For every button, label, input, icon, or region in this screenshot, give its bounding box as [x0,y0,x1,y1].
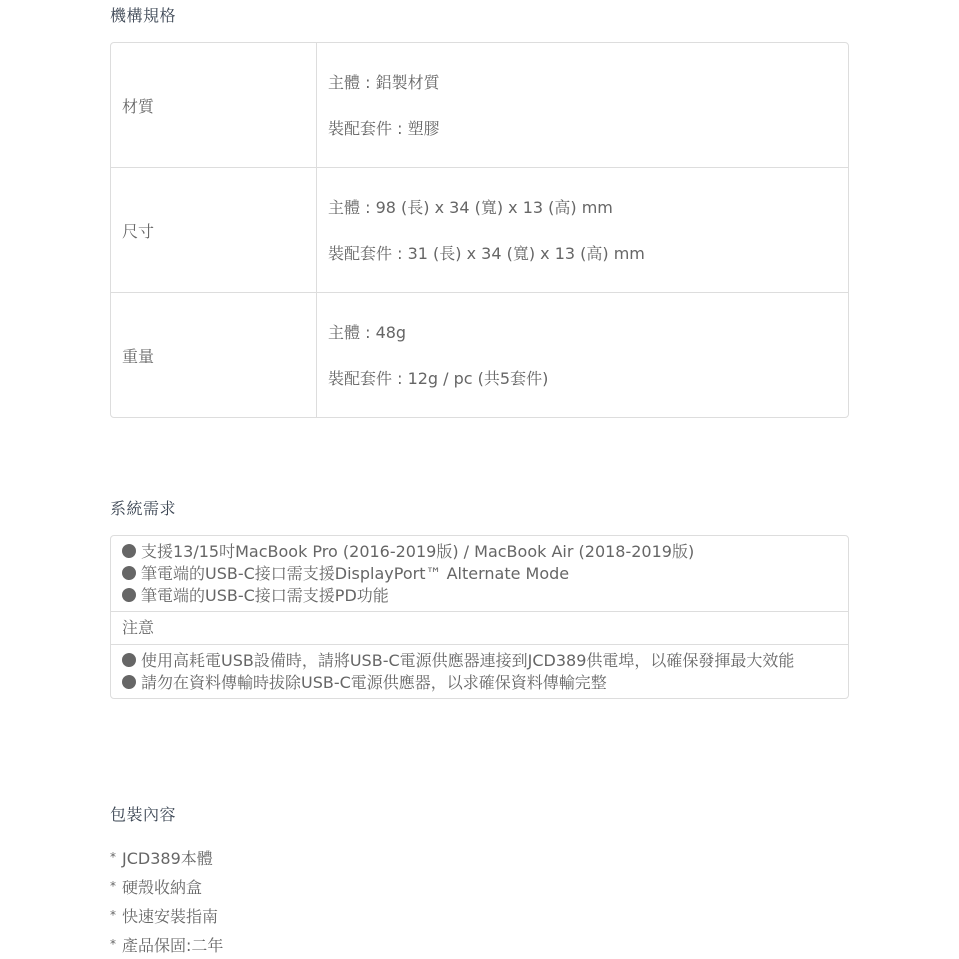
spec-row-weight: 重量 主體 : 48g 裝配套件 : 12g / pc (共5套件) [111,293,848,417]
asterisk-icon: * [110,850,116,864]
notes-list: 使用高耗電USB設備時，請將USB-C電源供應器連接到JCD389供電埠，以確保… [111,645,848,698]
spec-values: 主體 : 48g 裝配套件 : 12g / pc (共5套件) [317,293,848,417]
requirement-text: 筆電端的USB-C接口需支援PD功能 [141,586,389,605]
package-item-text: 硬殼收納盒 [122,878,202,897]
bullet-icon [122,653,136,667]
note-item: 使用高耗電USB設備時，請將USB-C電源供應器連接到JCD389供電埠，以確保… [122,650,837,672]
note-label: 注意 [111,612,848,645]
note-item: 請勿在資料傳輸時拔除USB-C電源供應器，以求確保資料傳輸完整 [122,672,837,694]
package-item: *JCD389本體 [110,843,223,872]
spec-value: 主體 : 鋁製材質 [328,71,848,94]
asterisk-icon: * [110,879,116,893]
spec-value: 主體 : 48g [328,321,848,344]
package-item-text: 快速安裝指南 [122,907,218,926]
bullet-icon [122,566,136,580]
specs-section-title: 機構規格 [110,3,176,26]
spec-value: 裝配套件 : 31 (長) x 34 (寬) x 13 (高) mm [328,242,848,265]
spec-values: 主體 : 98 (長) x 34 (寬) x 13 (高) mm 裝配套件 : … [317,168,848,292]
spec-label: 材質 [111,43,317,167]
spec-label: 重量 [111,293,317,417]
package-section-title: 包裝內容 [110,802,176,825]
package-list: *JCD389本體 *硬殼收納盒 *快速安裝指南 *產品保固:二年 [110,843,223,959]
requirement-item: 筆電端的USB-C接口需支援DisplayPort™ Alternate Mod… [122,563,837,585]
requirement-item: 支援13/15吋MacBook Pro (2016-2019版) / MacBo… [122,541,837,563]
package-item-text: JCD389本體 [122,849,213,868]
spec-value: 裝配套件 : 12g / pc (共5套件) [328,367,848,390]
requirements-list: 支援13/15吋MacBook Pro (2016-2019版) / MacBo… [111,536,848,612]
spec-values: 主體 : 鋁製材質 裝配套件 : 塑膠 [317,43,848,167]
asterisk-icon: * [110,908,116,922]
spec-value: 主體 : 98 (長) x 34 (寬) x 13 (高) mm [328,196,848,219]
package-item: *產品保固:二年 [110,930,223,959]
spec-row-dimensions: 尺寸 主體 : 98 (長) x 34 (寬) x 13 (高) mm 裝配套件… [111,168,848,293]
package-item: *硬殼收納盒 [110,872,223,901]
requirement-item: 筆電端的USB-C接口需支援PD功能 [122,585,837,607]
package-item-text: 產品保固:二年 [122,936,223,955]
bullet-icon [122,544,136,558]
spec-label: 尺寸 [111,168,317,292]
asterisk-icon: * [110,937,116,951]
requirements-table: 支援13/15吋MacBook Pro (2016-2019版) / MacBo… [110,535,849,699]
requirements-section-title: 系統需求 [110,496,176,519]
package-item: *快速安裝指南 [110,901,223,930]
requirement-text: 支援13/15吋MacBook Pro (2016-2019版) / MacBo… [141,542,694,561]
note-text: 使用高耗電USB設備時，請將USB-C電源供應器連接到JCD389供電埠，以確保… [141,651,794,670]
specs-table: 材質 主體 : 鋁製材質 裝配套件 : 塑膠 尺寸 主體 : 98 (長) x … [110,42,849,418]
spec-value: 裝配套件 : 塑膠 [328,117,848,140]
bullet-icon [122,588,136,602]
note-text: 請勿在資料傳輸時拔除USB-C電源供應器，以求確保資料傳輸完整 [141,673,607,692]
spec-row-material: 材質 主體 : 鋁製材質 裝配套件 : 塑膠 [111,43,848,168]
requirement-text: 筆電端的USB-C接口需支援DisplayPort™ Alternate Mod… [141,564,569,583]
bullet-icon [122,675,136,689]
